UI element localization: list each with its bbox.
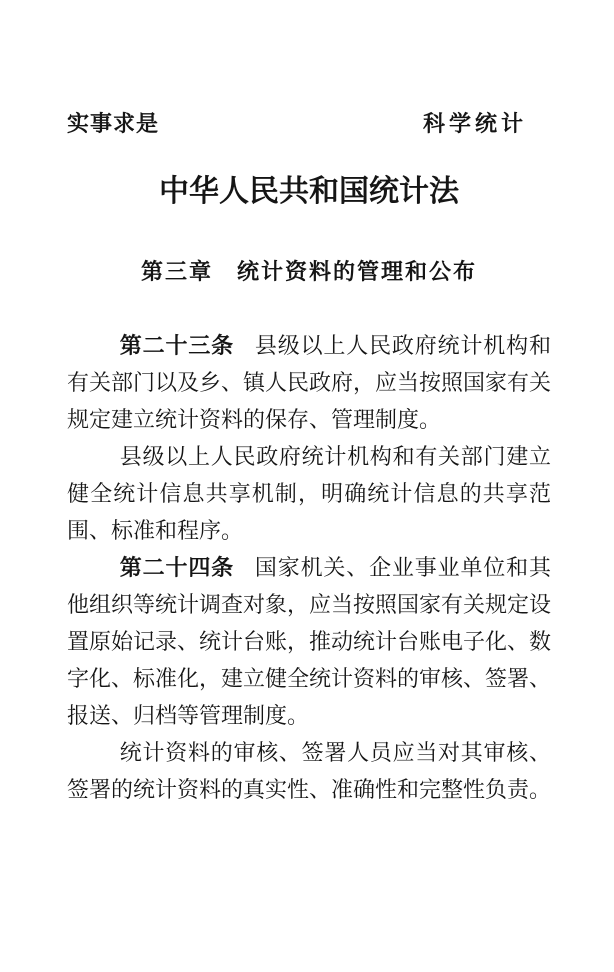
document-body: 第二十三条县级以上人民政府统计机构和有关部门以及乡、镇人民政府，应当按照国家有关… bbox=[67, 327, 551, 808]
paragraph-article-23: 第二十三条县级以上人民政府统计机构和有关部门以及乡、镇人民政府，应当按照国家有关… bbox=[67, 327, 551, 438]
header-motto-right: 科学统计 bbox=[423, 110, 527, 138]
chapter-heading: 第三章 统计资料的管理和公布 bbox=[67, 255, 551, 289]
article-number-24: 第二十四条 bbox=[120, 555, 234, 580]
paragraph-text: 统计资料的审核、签署人员应当对其审核、签署的统计资料的真实性、准确性和完整性负责… bbox=[67, 740, 551, 802]
paragraph-article-24-cont: 统计资料的审核、签署人员应当对其审核、签署的统计资料的真实性、准确性和完整性负责… bbox=[67, 734, 551, 808]
paragraph-article-23-cont: 县级以上人民政府统计机构和有关部门建立健全统计信息共享机制，明确统计信息的共享范… bbox=[67, 438, 551, 549]
page-header: 实事求是 科学统计 bbox=[67, 110, 551, 138]
header-motto-left: 实事求是 bbox=[67, 110, 159, 138]
document-title: 中华人民共和国统计法 bbox=[67, 171, 551, 213]
document-page: 实事求是 科学统计 中华人民共和国统计法 第三章 统计资料的管理和公布 第二十三… bbox=[0, 0, 614, 972]
paragraph-text: 国家机关、企业事业单位和其他组织等统计调查对象，应当按照国家有关规定设置原始记录… bbox=[67, 555, 551, 728]
paragraph-text: 县级以上人民政府统计机构和有关部门建立健全统计信息共享机制，明确统计信息的共享范… bbox=[67, 444, 551, 543]
paragraph-article-24: 第二十四条国家机关、企业事业单位和其他组织等统计调查对象，应当按照国家有关规定设… bbox=[67, 549, 551, 734]
article-number-23: 第二十三条 bbox=[120, 333, 234, 358]
